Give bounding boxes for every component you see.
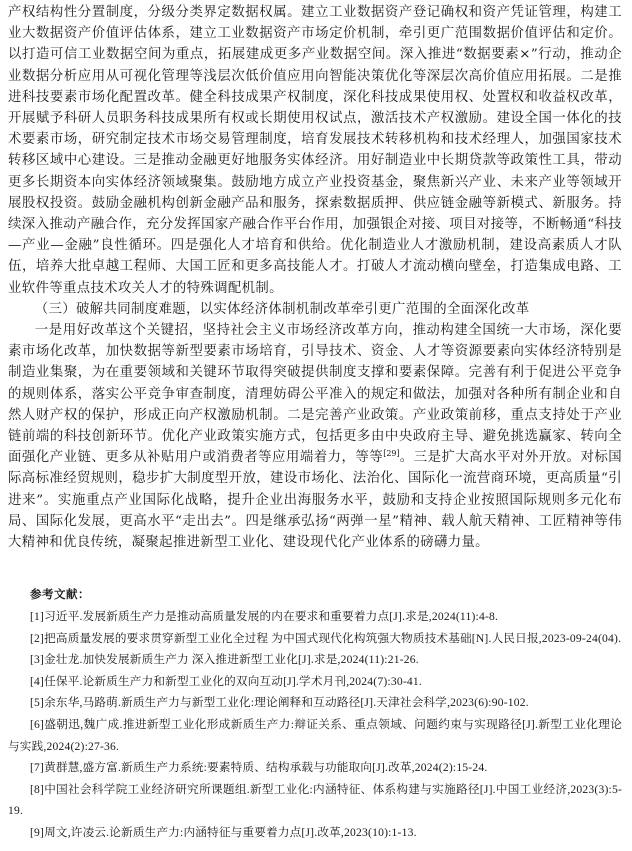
citation-marker[interactable]: [29] xyxy=(383,449,399,458)
reference-item: [9]周文,许凌云.论新质生产力:内涵特征与重要着力点[J].改革,2023(1… xyxy=(8,822,622,844)
reference-item: [1]习近平.发展新质生产力是推动高质量发展的内在要求和重要着力点[J].求是,… xyxy=(8,606,622,628)
reference-item: [5]余东华,马路萌.新质生产力与新型工业化:理论阐释和互动路径[J].天津社会… xyxy=(8,692,622,714)
reference-item: [4]任保平.论新质生产力和新型工业化的双向互动[J].学术月刊,2024(7)… xyxy=(8,671,622,693)
section-subheading: （三）破解共同制度难题，以实体经济体制机制改革牵引更广范围的全面深化改革 xyxy=(8,299,622,320)
paragraph-text: 一是用好改革这个关键招，坚持社会主义市场经济改革方向，推动构建全国统一大市场，深… xyxy=(8,323,622,465)
article-body: 产权结构性分置制度，分级分类界定数据权属。建立工业数据资产登记确权和资产凭证管理… xyxy=(8,2,622,553)
reference-item: [3]金壮龙.加快发展新质生产力 深入推进新型工业化[J].求是,2024(11… xyxy=(8,649,622,671)
references-section: 参考文献： [1]习近平.发展新质生产力是推动高质量发展的内在要求和重要着力点[… xyxy=(8,583,622,844)
references-title: 参考文献： xyxy=(8,583,622,605)
paragraph-continued: 产权结构性分置制度，分级分类界定数据权属。建立工业数据资产登记确权和资产凭证管理… xyxy=(8,2,622,299)
reference-item: [7]黄群慧,盛方富.新质生产力系统:要素特质、结构承载与功能取向[J].改革,… xyxy=(8,757,622,779)
reference-item: [6]盛朝迅,魏广成.推进新型工业化形成新质生产力:辩证关系、重点领域、问题约束… xyxy=(8,714,622,757)
reference-item: [2]把高质量发展的要求贯穿新型工业化全过程 为中国式现代化构筑强大物质技术基础… xyxy=(8,628,622,650)
paragraph-reform: 一是用好改革这个关键招，坚持社会主义市场经济改革方向，推动构建全国统一大市场，深… xyxy=(8,320,622,553)
reference-item: [8]中国社会科学院工业经济研究所课题组.新型工业化:内涵特征、体系构建与实施路… xyxy=(8,779,622,822)
